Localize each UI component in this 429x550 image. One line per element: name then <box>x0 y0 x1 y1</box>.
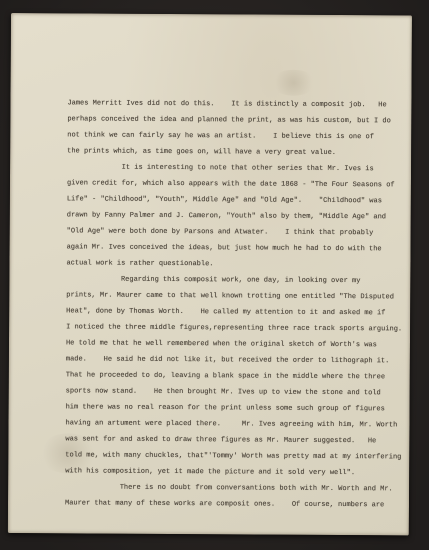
text-block: James Merritt Ives did not do this. It i… <box>65 95 412 513</box>
document-page: James Merritt Ives did not do this. It i… <box>8 13 412 535</box>
text-line: Maurer that many of these works are comp… <box>65 495 411 513</box>
paper-smudge <box>271 70 317 96</box>
